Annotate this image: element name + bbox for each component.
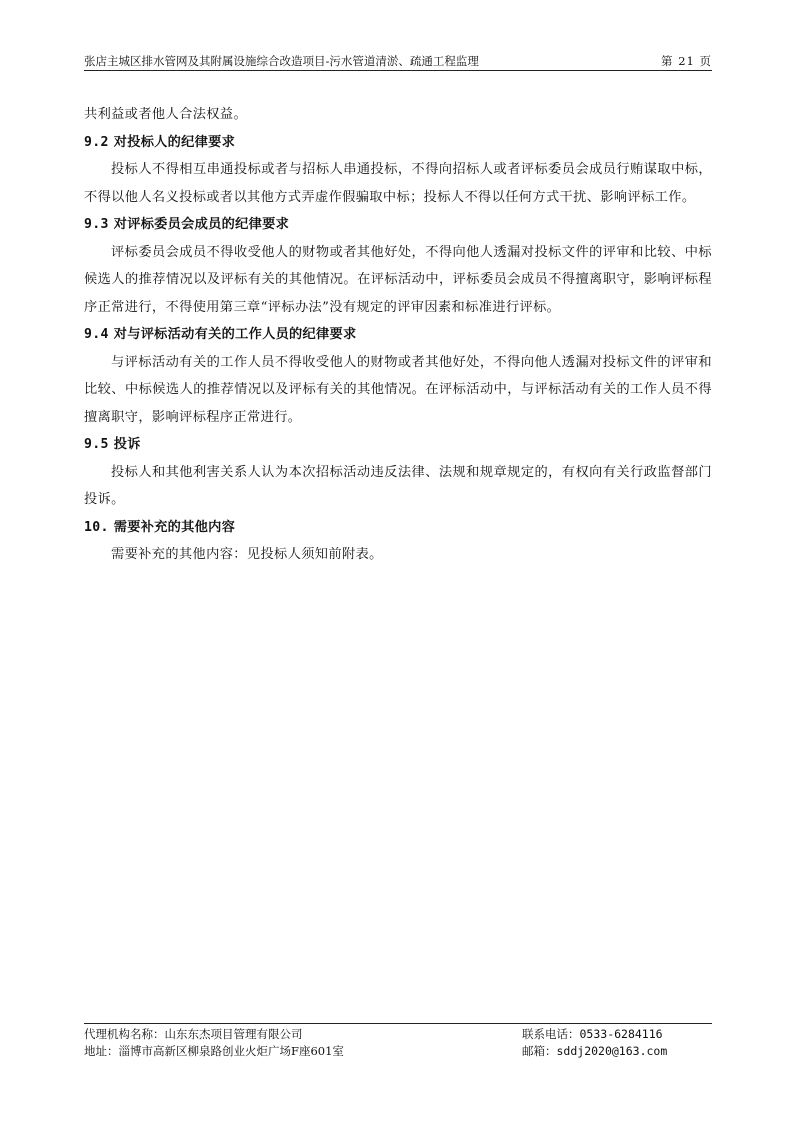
section-10: 10.需要补充的其他内容 需要补充的其他内容：见投标人须知前附表。: [84, 514, 712, 569]
section-number: 9.3: [84, 217, 109, 232]
phone-info: 联系电话：0533-6284116: [522, 1026, 663, 1043]
section-number: 9.5: [84, 437, 109, 452]
page-header: 张店主城区排水管网及其附属设施综合改造项目-污水管道清淤、疏通工程监理 第 21…: [84, 54, 712, 71]
address-value: 淄博市高新区柳泉路创业火炬广场F座601室: [119, 1044, 344, 1058]
section-heading: 9.2对投标人的纪律要求: [84, 129, 712, 157]
section-number: 9.4: [84, 327, 109, 342]
agency-info: 代理机构名称：山东东杰项目管理有限公司: [84, 1026, 303, 1043]
document-body: 共利益或者他人合法权益。 9.2对投标人的纪律要求 投标人不得相互串通投标或者与…: [84, 101, 712, 569]
agency-name: 山东东杰项目管理有限公司: [165, 1027, 303, 1041]
section-title: 对与评标活动有关的工作人员的纪律要求: [114, 327, 357, 342]
section-title: 需要补充的其他内容: [114, 520, 235, 535]
document-title: 张店主城区排水管网及其附属设施综合改造项目-污水管道清淤、疏通工程监理: [84, 54, 479, 69]
section-body: 与评标活动有关的工作人员不得收受他人的财物或者其他好处，不得向他人透漏对投标文件…: [84, 349, 712, 432]
phone-number: 0533-6284116: [580, 1027, 663, 1041]
section-title: 对评标委员会成员的纪律要求: [114, 217, 289, 232]
section-body: 投标人和其他利害关系人认为本次招标活动违反法律、法规和规章规定的，有权向有关行政…: [84, 459, 712, 514]
section-9-4: 9.4对与评标活动有关的工作人员的纪律要求 与评标活动有关的工作人员不得收受他人…: [84, 321, 712, 431]
section-body: 评标委员会成员不得收受他人的财物或者其他好处，不得向他人透漏对投标文件的评审和比…: [84, 239, 712, 322]
address-info: 地址：淄博市高新区柳泉路创业火炬广场F座601室: [84, 1043, 344, 1060]
section-heading: 9.3对评标委员会成员的纪律要求: [84, 211, 712, 239]
section-heading: 9.5投诉: [84, 431, 712, 459]
agency-label: 代理机构名称：: [84, 1027, 165, 1041]
email-value: sddj2020@163.com: [557, 1044, 668, 1058]
email-info: 邮箱：sddj2020@163.com: [522, 1043, 667, 1060]
section-9-3: 9.3对评标委员会成员的纪律要求 评标委员会成员不得收受他人的财物或者其他好处，…: [84, 211, 712, 321]
continuation-paragraph: 共利益或者他人合法权益。: [84, 101, 712, 129]
section-body: 投标人不得相互串通投标或者与招标人串通投标，不得向招标人或者评标委员会成员行贿谋…: [84, 156, 712, 211]
section-heading: 10.需要补充的其他内容: [84, 514, 712, 542]
section-number: 9.2: [84, 135, 109, 150]
footer-row-2: 地址：淄博市高新区柳泉路创业火炬广场F座601室 邮箱：sddj2020@163…: [84, 1043, 712, 1060]
section-title: 对投标人的纪律要求: [114, 135, 235, 150]
section-title: 投诉: [114, 437, 141, 452]
section-heading: 9.4对与评标活动有关的工作人员的纪律要求: [84, 321, 712, 349]
section-body: 需要补充的其他内容：见投标人须知前附表。: [84, 541, 712, 569]
phone-label: 联系电话：: [522, 1027, 580, 1041]
page-number: 第 21 页: [661, 54, 712, 69]
section-number: 10.: [84, 520, 109, 535]
page-footer: 代理机构名称：山东东杰项目管理有限公司 联系电话：0533-6284116 地址…: [84, 1023, 712, 1060]
footer-row-1: 代理机构名称：山东东杰项目管理有限公司 联系电话：0533-6284116: [84, 1026, 712, 1043]
section-9-2: 9.2对投标人的纪律要求 投标人不得相互串通投标或者与招标人串通投标，不得向招标…: [84, 129, 712, 212]
email-label: 邮箱：: [522, 1044, 557, 1058]
address-label: 地址：: [84, 1044, 119, 1058]
section-9-5: 9.5投诉 投标人和其他利害关系人认为本次招标活动违反法律、法规和规章规定的，有…: [84, 431, 712, 514]
